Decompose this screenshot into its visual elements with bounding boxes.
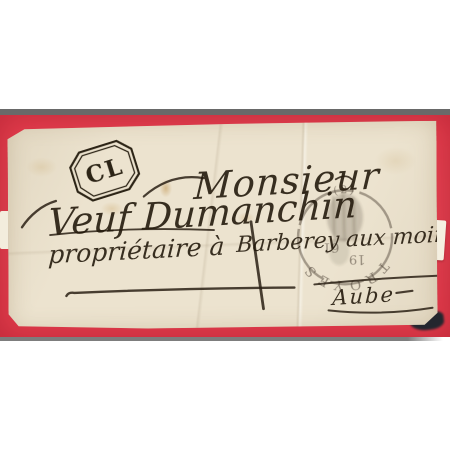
folded-letter-cover: CL TR (7, 121, 437, 331)
divider-bar-bottom (0, 337, 443, 341)
address-department: Aube (332, 282, 396, 310)
photo-of-antique-letter: CL TR (0, 0, 450, 450)
department-dash (396, 291, 412, 293)
